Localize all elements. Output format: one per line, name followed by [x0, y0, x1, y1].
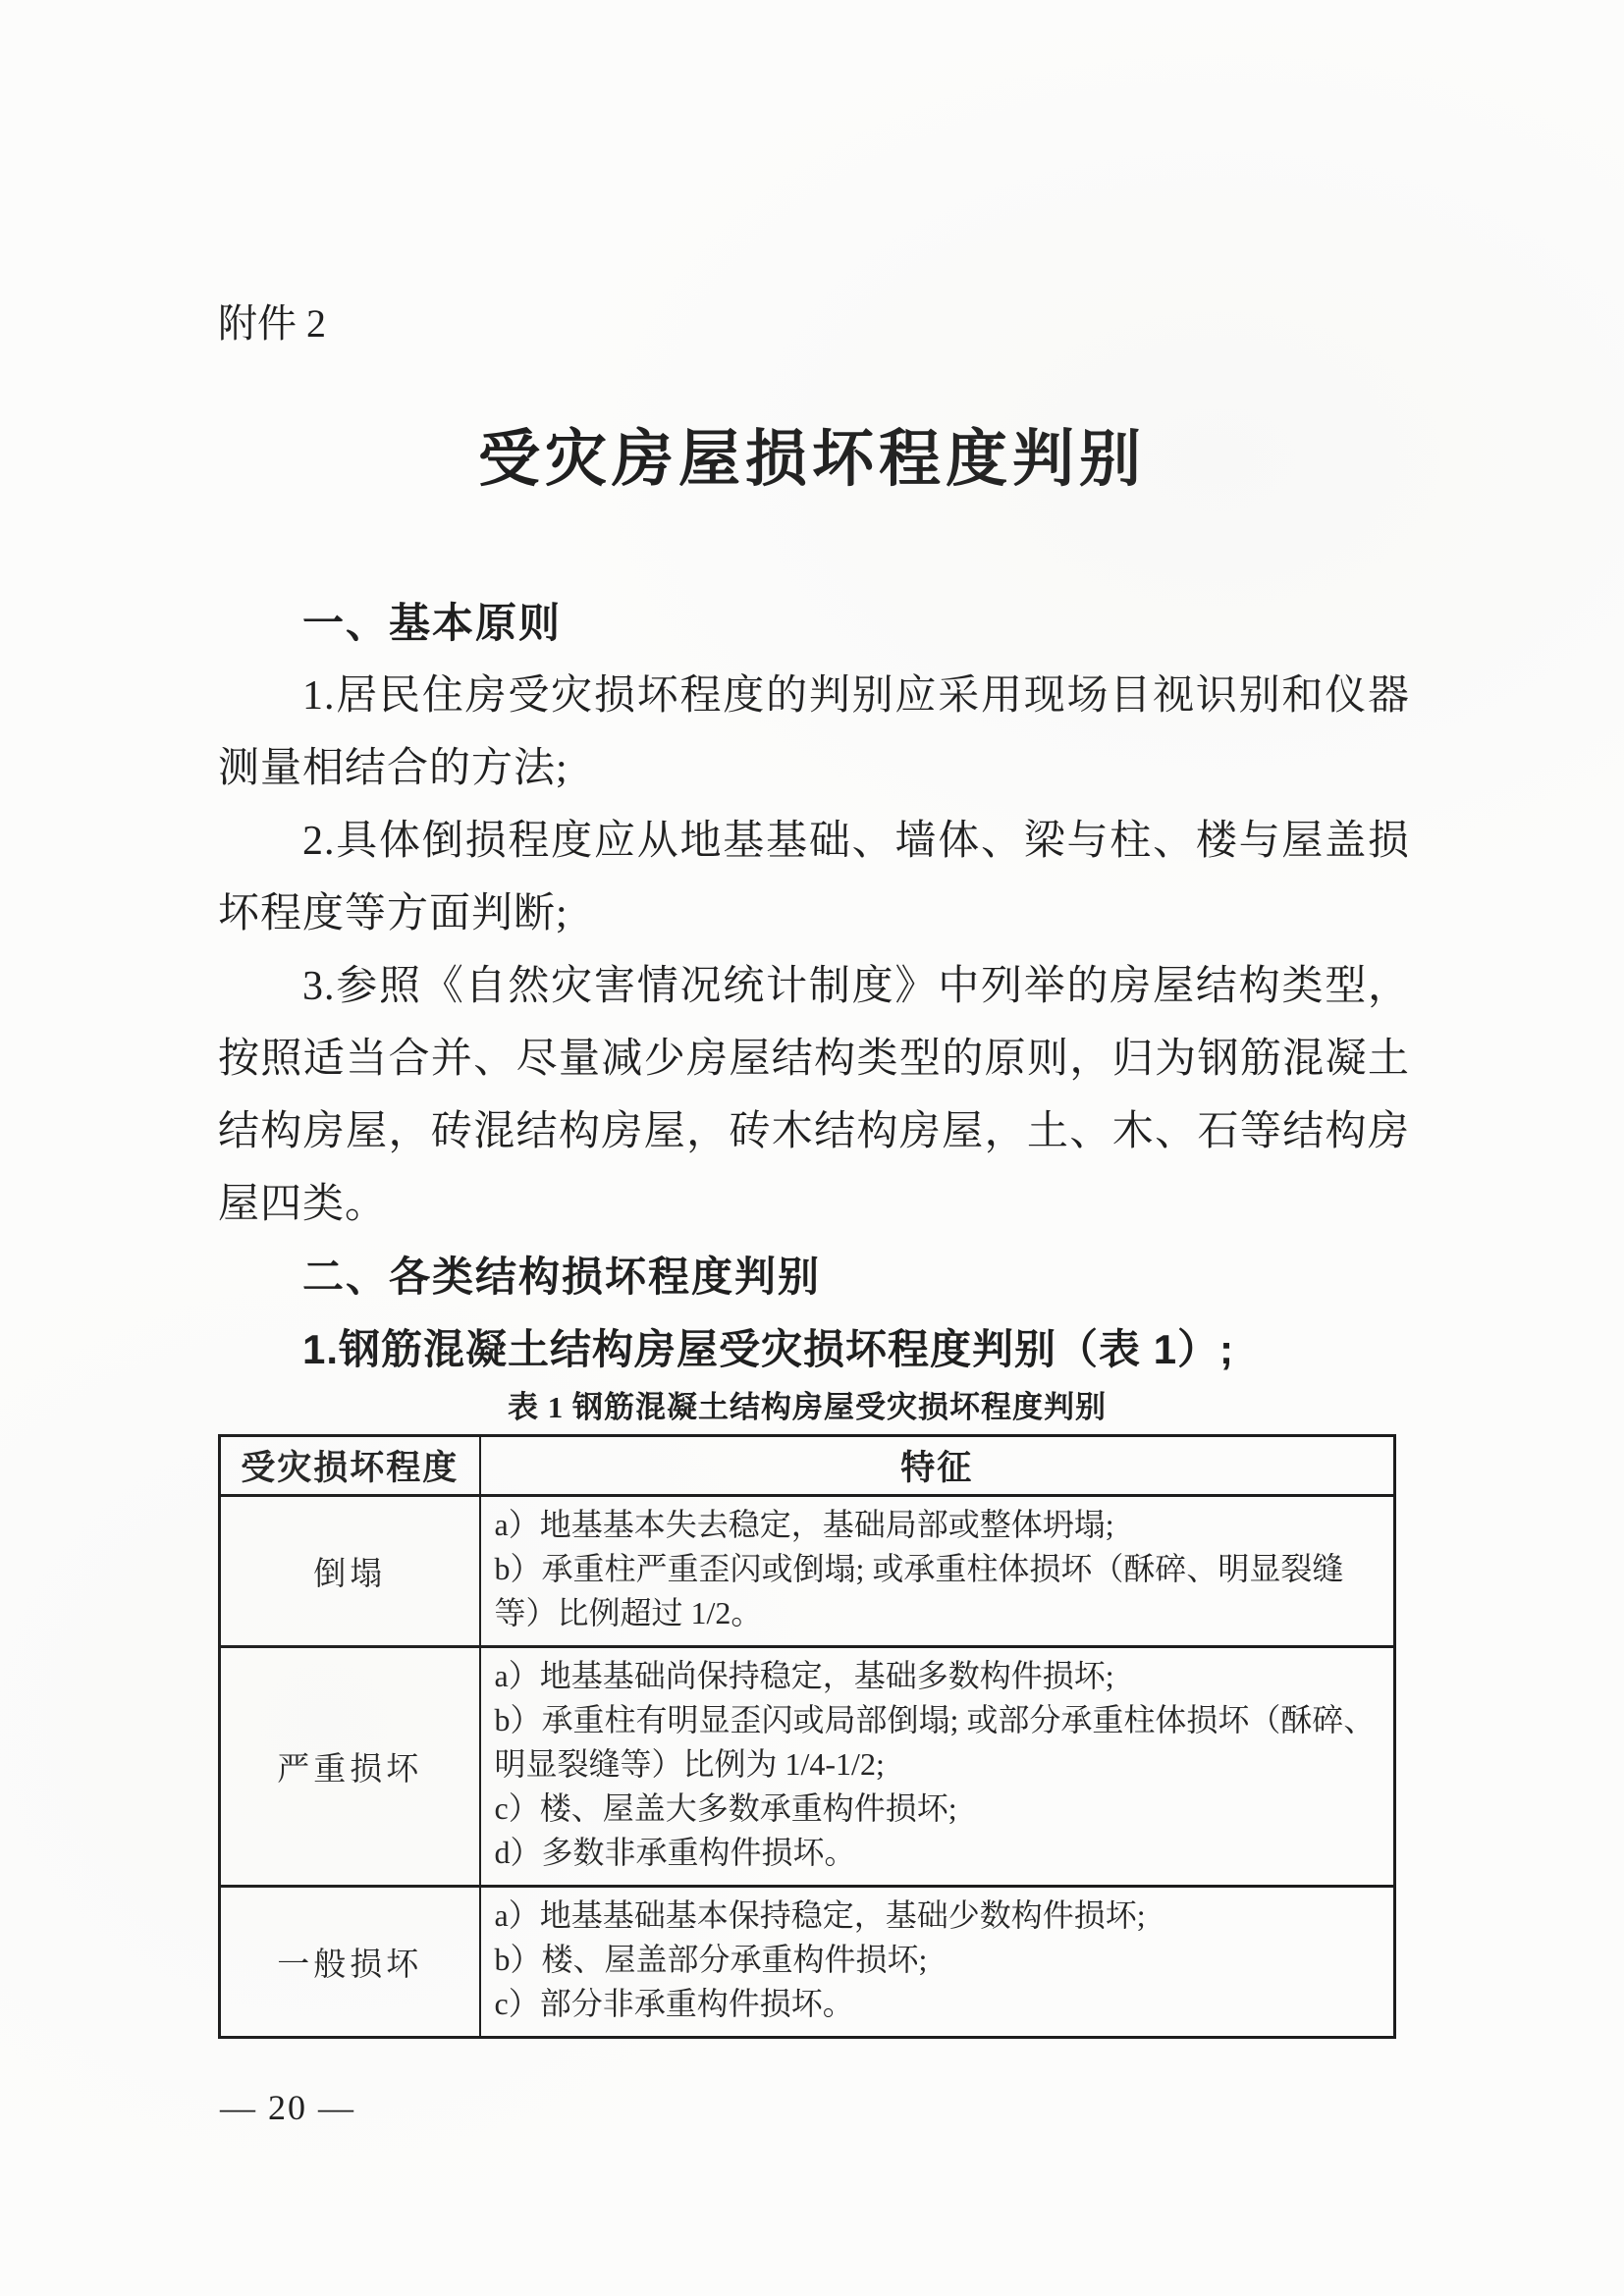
- features-cell: a）地基基本失去稳定，基础局部或整体坍塌; b）承重柱严重歪闪或倒塌; 或承重柱…: [480, 1496, 1395, 1647]
- degree-cell: 一般损坏: [220, 1887, 480, 2038]
- table-caption: 表 1 钢筋混凝土结构房屋受灾损坏程度判别: [218, 1382, 1396, 1426]
- feature-line: a）地基基础尚保持稳定，基础多数构件损坏;: [495, 1654, 1386, 1698]
- page-number: — 20 —: [220, 2087, 355, 2128]
- table-row-severe-damage: 严重损坏 a）地基基础尚保持稳定，基础多数构件损坏; b）承重柱有明显歪闪或局部…: [220, 1647, 1395, 1887]
- section-1-paragraph-3: 3.参照《自然灾害情况统计制度》中列举的房屋结构类型，按照适当合并、尽量减少房屋…: [218, 950, 1410, 1241]
- table-header-row: 受灾损坏程度 特征: [220, 1436, 1395, 1496]
- feature-line: d）多数非承重构件损坏。: [495, 1831, 1386, 1875]
- section-1-paragraph-2: 2.具体倒损程度应从地基基础、墙体、梁与柱、楼与屋盖损坏程度等方面判断;: [218, 805, 1410, 950]
- section-2-item-1: 1.钢筋混凝土结构房屋受灾损坏程度判别（表 1）;: [218, 1313, 1410, 1386]
- feature-line: c）楼、屋盖大多数承重构件损坏;: [495, 1787, 1386, 1831]
- feature-line: b）承重柱严重歪闪或倒塌; 或承重柱体损坏（酥碎、明显裂缝等）比例超过 1/2。: [495, 1547, 1386, 1635]
- document-page: 附件 2 受灾房屋损坏程度判别 一、基本原则 1.居民住房受灾损坏程度的判别应采…: [0, 0, 1624, 2296]
- section-1-heading: 一、基本原则: [218, 587, 1410, 660]
- feature-line: c）部分非承重构件损坏。: [495, 1982, 1386, 2026]
- column-header-features: 特征: [480, 1436, 1395, 1496]
- degree-cell: 严重损坏: [220, 1647, 480, 1887]
- table-row-general-damage: 一般损坏 a）地基基础基本保持稳定，基础少数构件损坏; b）楼、屋盖部分承重构件…: [220, 1887, 1395, 2038]
- attachment-label: 附件 2: [218, 300, 326, 347]
- feature-line: b）承重柱有明显歪闪或局部倒塌; 或部分承重柱体损坏（酥碎、明显裂缝等）比例为 …: [495, 1698, 1386, 1787]
- feature-line: a）地基基础基本保持稳定，基础少数构件损坏;: [495, 1894, 1386, 1938]
- degree-cell: 倒塌: [220, 1496, 480, 1647]
- section-2-heading: 二、各类结构损坏程度判别: [218, 1241, 1410, 1313]
- feature-line: a）地基基本失去稳定，基础局部或整体坍塌;: [495, 1503, 1386, 1547]
- column-header-degree: 受灾损坏程度: [220, 1436, 480, 1496]
- table-row-collapse: 倒塌 a）地基基本失去稳定，基础局部或整体坍塌; b）承重柱严重歪闪或倒塌; 或…: [220, 1496, 1395, 1647]
- section-1-paragraph-1: 1.居民住房受灾损坏程度的判别应采用现场目视识别和仪器测量相结合的方法;: [218, 660, 1410, 805]
- feature-line: b）楼、屋盖部分承重构件损坏;: [495, 1938, 1386, 1982]
- features-cell: a）地基基础基本保持稳定，基础少数构件损坏; b）楼、屋盖部分承重构件损坏; c…: [480, 1887, 1395, 2038]
- features-cell: a）地基基础尚保持稳定，基础多数构件损坏; b）承重柱有明显歪闪或局部倒塌; 或…: [480, 1647, 1395, 1887]
- document-title: 受灾房屋损坏程度判别: [0, 422, 1624, 497]
- document-body: 一、基本原则 1.居民住房受灾损坏程度的判别应采用现场目视识别和仪器测量相结合的…: [218, 587, 1410, 1386]
- damage-degree-table: 受灾损坏程度 特征 倒塌 a）地基基本失去稳定，基础局部或整体坍塌; b）承重柱…: [218, 1434, 1396, 2039]
